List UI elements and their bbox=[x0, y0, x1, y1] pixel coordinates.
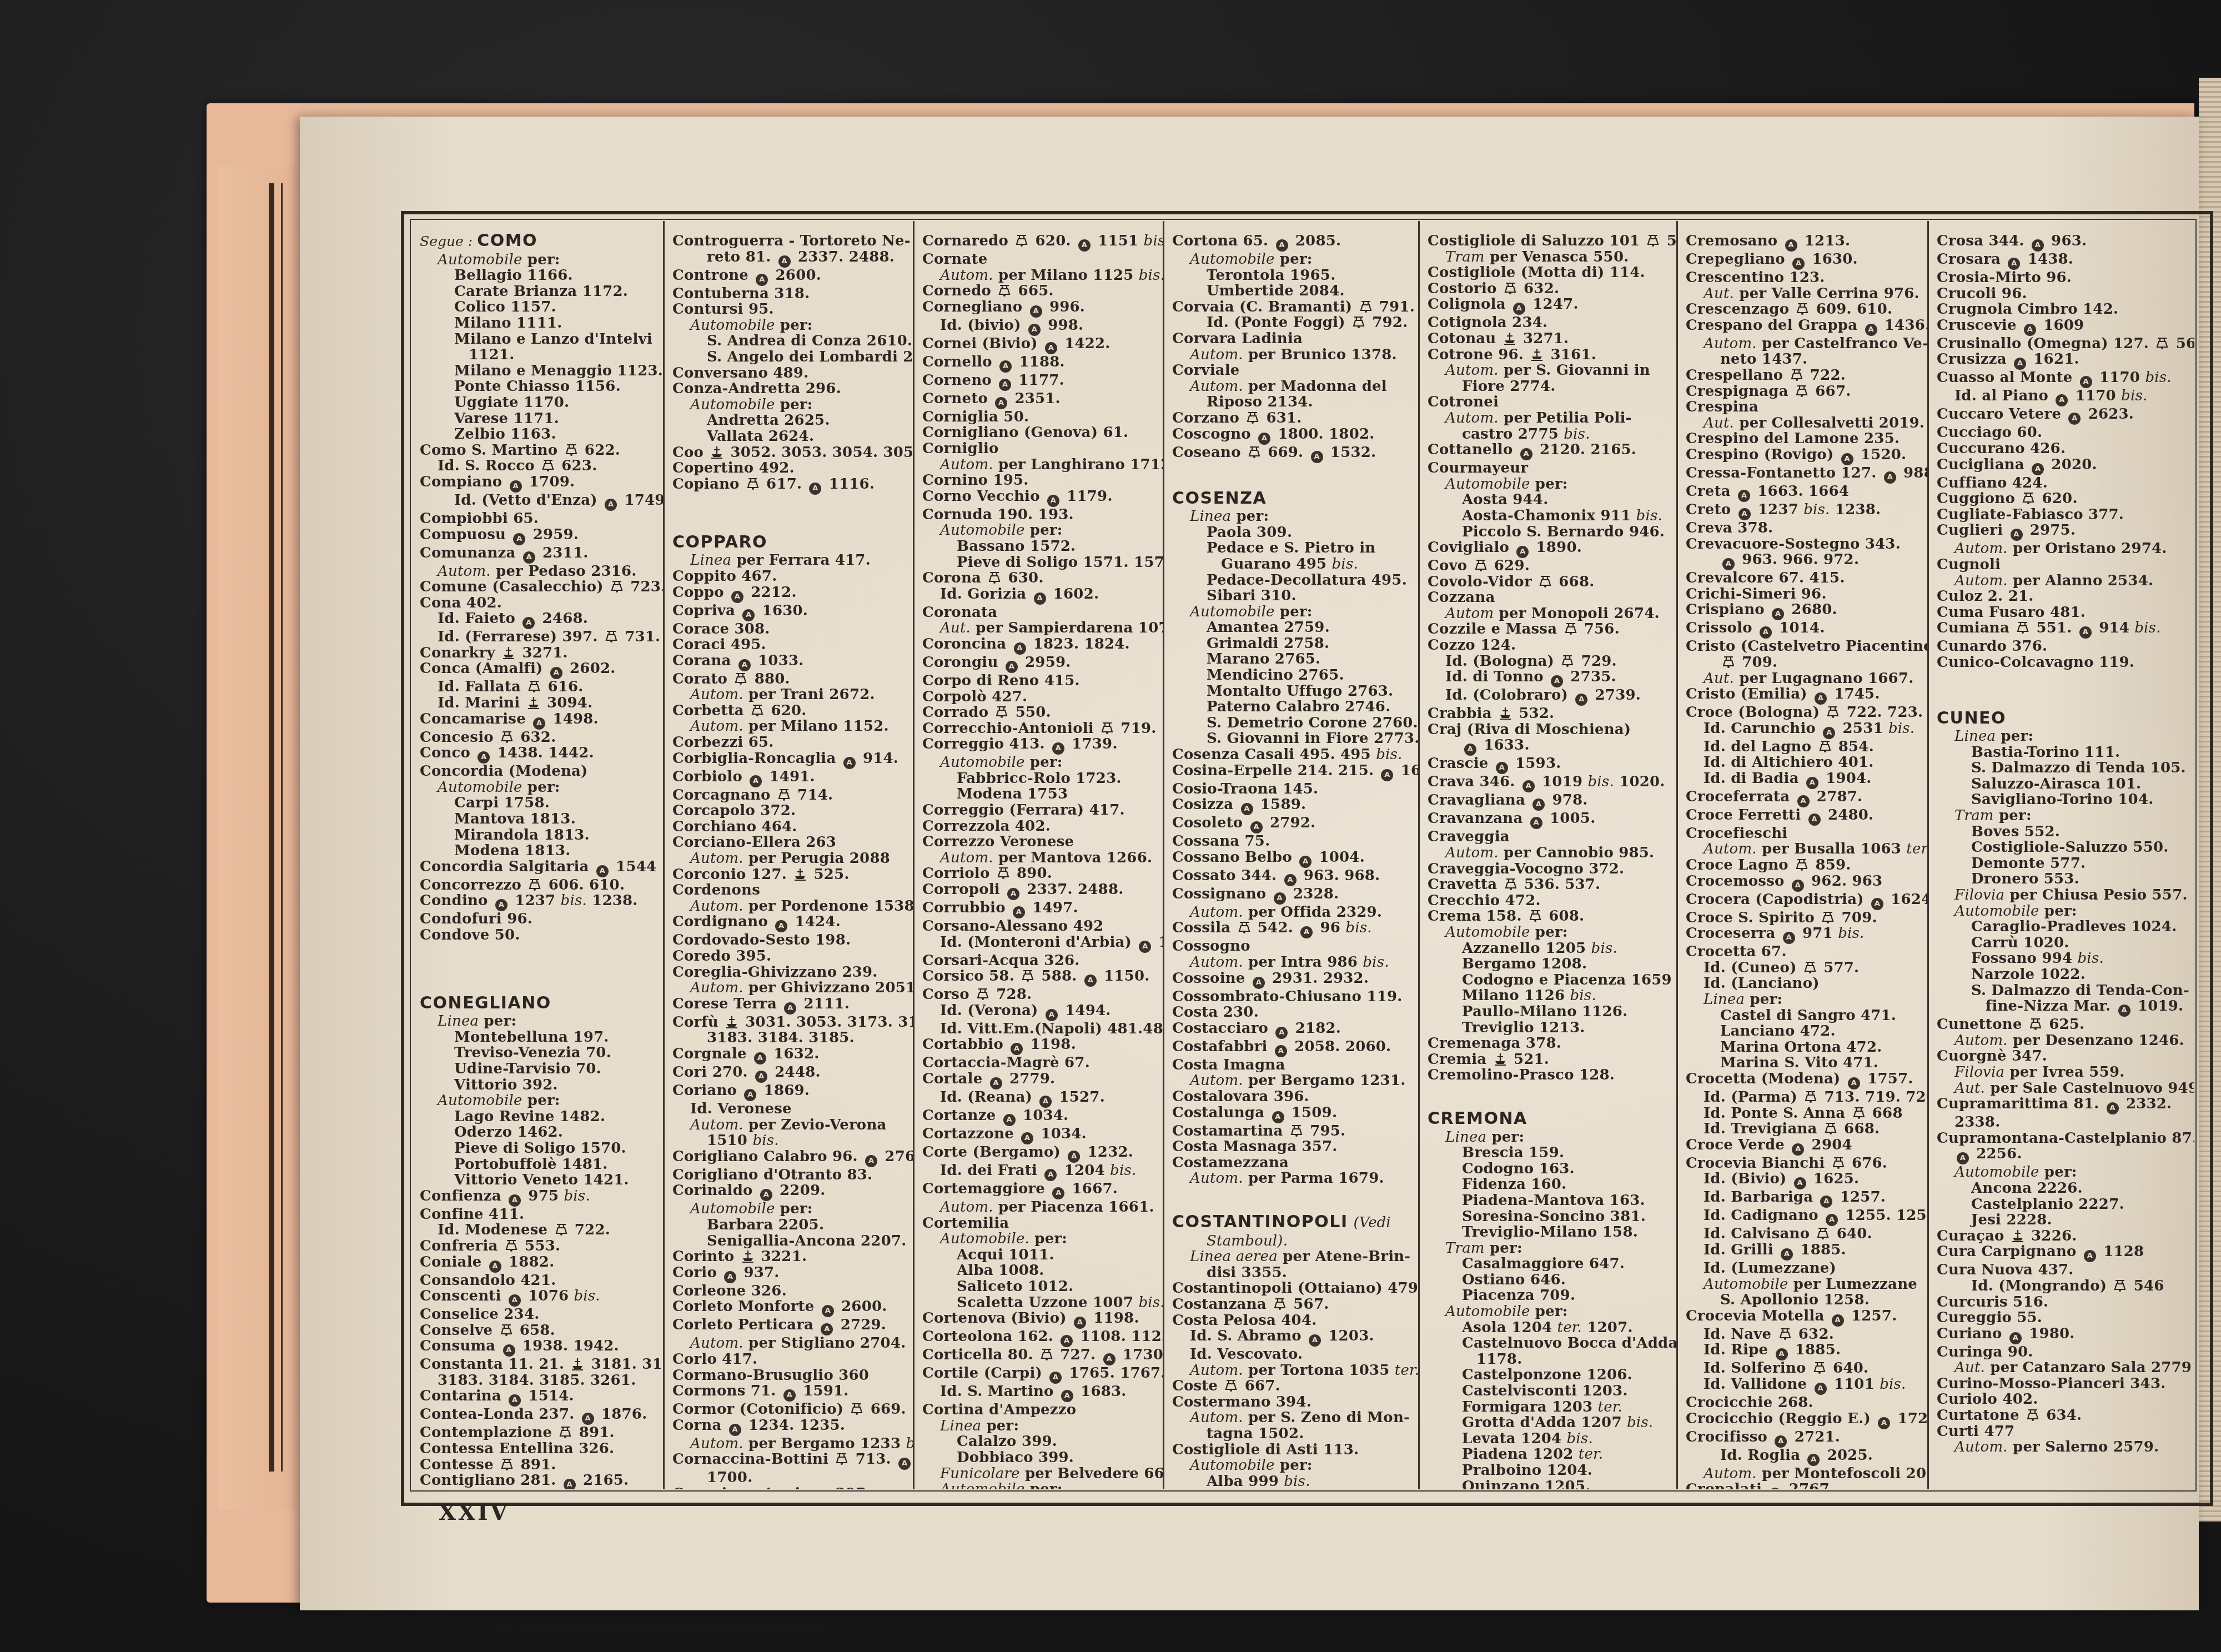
tramway-icon bbox=[1796, 384, 1808, 398]
index-entry: Curino-Mosso-Pianceri 343. bbox=[1937, 1376, 2189, 1392]
index-subentry: Autom per Monopoli 2674. bbox=[1428, 606, 1671, 622]
spacer bbox=[1172, 463, 1413, 475]
index-subentry: Automobile per: bbox=[1937, 1164, 2189, 1181]
index-entry: Consuma A 1938. 1942. bbox=[420, 1338, 657, 1357]
index-subentry: Pralboino 1204. bbox=[1428, 1463, 1671, 1479]
index-entry: Crocetta (Modena) A 1757. bbox=[1686, 1071, 1922, 1089]
index-entry: Cortenova (Bivio) A 1198. bbox=[922, 1310, 1157, 1329]
automobile-service-icon: A bbox=[1103, 1353, 1115, 1365]
index-subentry: Senigallia-Ancona 2207. bbox=[672, 1233, 907, 1249]
index-subentry: Id. (Vetto d'Enza) A 1749 bbox=[420, 493, 657, 511]
index-entry: Corrado 550. bbox=[922, 705, 1157, 721]
italic-qualifier: Tram bbox=[1445, 1240, 1485, 1257]
automobile-service-icon: A bbox=[843, 757, 856, 769]
index-entry: Corropoli A 2337. 2488. bbox=[922, 882, 1157, 900]
index-subentry: Id. al Piano A 1170 bis. bbox=[1937, 388, 2189, 406]
automobile-service-icon: A bbox=[1807, 1454, 1820, 1466]
index-subentry: Vittorio Veneto 1421. bbox=[420, 1172, 657, 1188]
automobile-service-icon: A bbox=[1272, 1111, 1284, 1123]
index-entry: Cornedo 665. bbox=[922, 283, 1157, 299]
index-subentry: Narzole 1022. bbox=[1937, 967, 2189, 983]
index-columns: Segue :COMOAutomobile per:Bellagio 1166.… bbox=[412, 221, 2194, 1489]
index-entry: Correggio 413. A 1739. bbox=[922, 736, 1157, 755]
index-subentry: Linea aerea per Atene-Brin- bbox=[1172, 1249, 1413, 1265]
index-subentry: Id. (Verona) A 1494. bbox=[922, 1003, 1157, 1021]
automobile-service-icon: A bbox=[495, 899, 507, 911]
automobile-service-icon: A bbox=[1045, 342, 1057, 354]
index-entry: Coroncina A 1823. 1824. bbox=[922, 636, 1157, 655]
tramway-icon bbox=[1853, 1106, 1865, 1119]
index-subentry: Id. Ponte S. Anna 668 bbox=[1686, 1106, 1922, 1122]
index-entry: Courmayeur bbox=[1428, 460, 1671, 476]
index-entry: Costermano 394. bbox=[1172, 1394, 1413, 1410]
automobile-service-icon: A bbox=[821, 1323, 833, 1335]
index-entry: Corace 308. bbox=[672, 621, 907, 637]
index-subentry: Tram per: bbox=[1428, 1241, 1671, 1257]
index-subentry: Castelnuovo Bocca d'Adda bbox=[1428, 1335, 1671, 1352]
italic-qualifier: Automobile bbox=[690, 396, 775, 413]
index-entry: Cremolino-Prasco 128. bbox=[1428, 1067, 1671, 1083]
index-entry: Cuglieri A 2975. bbox=[1937, 523, 2189, 541]
index-entry: Costigliole di Saluzzo 101 550 bbox=[1428, 233, 1671, 249]
index-subentry: Aut. per Sale Castelnuovo 949. bbox=[1937, 1081, 2189, 1097]
city-heading: Segue :COMO bbox=[420, 233, 657, 250]
index-subentry: Paterno Calabro 2746. bbox=[1172, 699, 1413, 715]
automobile-service-icon: A bbox=[1516, 546, 1529, 558]
italic-qualifier: Autom. bbox=[1704, 335, 1757, 352]
italic-qualifier: Autom bbox=[1445, 605, 1494, 622]
automobile-service-icon: A bbox=[533, 717, 545, 730]
index-subentry: Id. Fallata 616. bbox=[420, 679, 657, 695]
index-subentry: Autom. per Intra 986 bis. bbox=[1172, 955, 1413, 971]
city-name: COMO bbox=[477, 231, 537, 250]
index-entry: Cosio-Traona 145. bbox=[1172, 781, 1413, 797]
index-subentry: Automobile per Lumezzane bbox=[1686, 1277, 1922, 1293]
index-subentry: Id. Trevigiana 668. bbox=[1686, 1121, 1922, 1137]
index-entry: Cornaiano-Appiano 397. bbox=[672, 1486, 907, 1489]
automobile-service-icon: A bbox=[2009, 1332, 2022, 1344]
index-subentry: Autom. per Parma 1679. bbox=[1172, 1171, 1413, 1187]
tramway-icon bbox=[1290, 1124, 1303, 1137]
automobile-service-icon: A bbox=[729, 1424, 741, 1436]
italic-qualifier: Automobile bbox=[940, 754, 1025, 771]
index-subentry: Automobile per: bbox=[922, 1482, 1157, 1489]
automobile-service-icon: A bbox=[999, 379, 1011, 391]
index-subentry: Castelvisconti 1203. bbox=[1428, 1383, 1671, 1399]
index-subentry: Automobile per: bbox=[922, 755, 1157, 771]
index-subentry: Treviso-Venezia 70. bbox=[420, 1045, 657, 1061]
italic-qualifier: Autom. bbox=[1704, 1465, 1757, 1482]
spacer bbox=[420, 968, 657, 980]
index-entry: Crocefieschi bbox=[1686, 826, 1922, 842]
index-subentry: Autom. per S. Zeno di Mon- bbox=[1172, 1410, 1413, 1426]
italic-qualifier: ter. bbox=[1598, 1399, 1622, 1415]
italic-qualifier: bis. bbox=[1332, 556, 1358, 573]
index-entry: Conscenti A 1076 bis. bbox=[420, 1288, 657, 1307]
index-entry: Crescentino 123. bbox=[1686, 270, 1922, 286]
italic-qualifier: ter. bbox=[1579, 1446, 1603, 1463]
tramway-icon bbox=[1238, 921, 1250, 934]
index-entry: Cunico-Colcavagno 119. bbox=[1937, 655, 2189, 671]
index-entry: Cornate bbox=[922, 252, 1157, 268]
index-subentry: Udine-Tarvisio 70. bbox=[420, 1061, 657, 1077]
tramway-icon bbox=[977, 987, 989, 1001]
index-entry: Contigliano 281. A 2165. bbox=[420, 1473, 657, 1489]
index-subentry: Id. Ripe A 1885. bbox=[1686, 1342, 1922, 1360]
index-subentry: Id. (Reana) A 1527. bbox=[922, 1089, 1157, 1108]
index-subentry: 3183. 3184. 3185. bbox=[672, 1030, 907, 1046]
index-entry: Costafabbri A 2058. 2060. bbox=[1172, 1039, 1413, 1057]
tramway-icon bbox=[836, 1452, 848, 1465]
automobile-service-icon: A bbox=[596, 865, 609, 877]
index-subentry: S. Angelo dei Lombardi 2611. bbox=[672, 349, 907, 365]
automobile-service-icon: A bbox=[1311, 451, 1323, 463]
index-subentry: Bastia-Torino 111. bbox=[1937, 745, 2189, 761]
italic-qualifier: Automobile bbox=[1954, 1164, 2039, 1181]
index-entry: Covolo-Vidor 668. bbox=[1428, 574, 1671, 590]
index-entry: Crocicchio (Reggio E.) A 1725. bbox=[1686, 1411, 1922, 1429]
index-entry: Crepegliano A 1630. bbox=[1686, 252, 1922, 270]
index-subentry: A 2256. bbox=[1937, 1146, 2189, 1164]
tramway-icon bbox=[542, 459, 554, 472]
index-subentry: 1178. bbox=[1428, 1352, 1671, 1368]
index-entry: Concordia (Modena) bbox=[420, 764, 657, 780]
index-subentry: Calalzo 399. bbox=[922, 1434, 1157, 1450]
index-entry: Creto A 1237 bis. 1238. bbox=[1686, 502, 1922, 520]
index-subentry: Mirandola 1813. bbox=[420, 827, 657, 843]
tramway-icon bbox=[1791, 368, 1803, 381]
tramway-icon bbox=[501, 730, 513, 744]
tramway-icon bbox=[2022, 491, 2034, 505]
index-subentry: S. Dalmazzo di Tenda-Con- bbox=[1937, 983, 2189, 999]
index-entry: Corcapolo 372. bbox=[672, 803, 907, 819]
index-entry: Croce Lagno 859. bbox=[1686, 857, 1922, 873]
automobile-service-icon: A bbox=[1003, 1114, 1016, 1126]
automobile-service-icon: A bbox=[509, 1394, 521, 1407]
tramway-icon bbox=[565, 443, 577, 456]
italic-qualifier: Autom. bbox=[1190, 1170, 1243, 1187]
tramway-icon bbox=[555, 1223, 567, 1236]
city-heading: CREMONA bbox=[1428, 1111, 1671, 1127]
automobile-service-icon: A bbox=[1014, 642, 1026, 655]
index-subentry: Alba 999 bis. bbox=[1172, 1474, 1413, 1489]
index-column-2: Controguerra - Tortoreto Ne-reto 81. A 2… bbox=[665, 221, 914, 1489]
index-entry: Cura Carpignano A 1128 bbox=[1937, 1244, 2189, 1262]
automobile-service-icon: A bbox=[756, 274, 768, 286]
index-entry: Conco A 1438. 1442. bbox=[420, 745, 657, 764]
index-entry: Cupramontana-Castelplanio 87. bbox=[1937, 1131, 2189, 1147]
index-entry: Cornaredo 620. A 1151 bis. bbox=[922, 233, 1157, 252]
index-entry: Colignola A 1247. bbox=[1428, 297, 1671, 315]
tramway-icon bbox=[1813, 1361, 1826, 1374]
index-subentry: Id. (Parma) 713. 719. 720 bbox=[1686, 1089, 1922, 1106]
spacer bbox=[1172, 1187, 1413, 1199]
index-subentry: Umbertide 2084. bbox=[1172, 283, 1413, 299]
index-subentry: Automobile per: bbox=[672, 318, 907, 334]
index-entry: Cornei (Bivio) A 1422. bbox=[922, 336, 1157, 354]
index-subentry: Soresina-Soncino 381. bbox=[1428, 1209, 1671, 1225]
index-entry: Cosina-Erpelle 214. 215. A 1621. bbox=[1172, 763, 1413, 781]
italic-qualifier: bis. bbox=[1567, 1430, 1593, 1447]
tramway-icon bbox=[1475, 559, 1487, 572]
index-subentry: Autom. per Pordenone 1538. bbox=[672, 898, 907, 915]
index-entry: Corniglia 50. bbox=[922, 409, 1157, 425]
index-subentry: Autom. per Milano 1125 bis. bbox=[922, 268, 1157, 284]
index-entry: Corriolo 890. bbox=[922, 866, 1157, 882]
index-entry: Croceserra A 971 bis. bbox=[1686, 926, 1922, 944]
index-entry: Cosoleto A 2792. bbox=[1172, 815, 1413, 833]
index-entry: Crema 158. 608. bbox=[1428, 908, 1671, 925]
index-subentry: Castelponzone 1206. bbox=[1428, 1367, 1671, 1383]
index-entry: Costigliole (Motta di) 114. bbox=[1428, 265, 1671, 281]
ship-icon bbox=[726, 1015, 738, 1028]
index-subentry: Demonte 577. bbox=[1937, 856, 2189, 872]
index-entry: Coronata bbox=[922, 605, 1157, 621]
index-subentry: Alba 1008. bbox=[922, 1263, 1157, 1279]
index-subentry: Acqui 1011. bbox=[922, 1247, 1157, 1263]
index-entry: Cupramarittima 81. A 2332. bbox=[1937, 1096, 2189, 1114]
index-entry: Curtatone 634. bbox=[1937, 1408, 2189, 1424]
italic-qualifier: Autom. bbox=[940, 456, 993, 473]
italic-qualifier: Automobile bbox=[1954, 903, 2039, 920]
index-entry: Confine 411. bbox=[420, 1207, 657, 1223]
index-subentry: Jesi 2228. bbox=[1937, 1212, 2189, 1228]
automobile-service-icon: A bbox=[1049, 1372, 1062, 1384]
italic-qualifier: bis. bbox=[1570, 987, 1596, 1004]
index-subentry: Fossano 994 bis. bbox=[1937, 951, 2189, 967]
automobile-service-icon: A bbox=[1309, 1334, 1321, 1347]
tramway-icon bbox=[1529, 909, 1541, 922]
index-entry: Costorio 632. bbox=[1428, 281, 1671, 297]
index-entry: Corleone 326. bbox=[672, 1283, 907, 1299]
index-subentry: Id. Roglia A 2025. bbox=[1686, 1448, 1922, 1466]
spacer bbox=[1428, 1083, 1671, 1096]
index-subentry: Dobbiaco 399. bbox=[922, 1450, 1157, 1466]
index-entry: Comune (Casalecchio) 723. bbox=[420, 579, 657, 595]
index-entry: Contea-Londa 237. A 1876. bbox=[420, 1407, 657, 1425]
automobile-service-icon: A bbox=[1274, 892, 1286, 905]
italic-qualifier: Linea bbox=[940, 1418, 981, 1434]
index-entry: Croce S. Spirito 709. bbox=[1686, 910, 1922, 926]
index-entry: Conselice 234. bbox=[420, 1307, 657, 1323]
italic-qualifier: bis. bbox=[1627, 1414, 1653, 1431]
tramway-icon bbox=[1247, 411, 1259, 424]
automobile-service-icon: A bbox=[1052, 1187, 1064, 1199]
index-entry: Cordovado-Sesto 198. bbox=[672, 932, 907, 948]
index-subentry: Automobile per: bbox=[672, 397, 907, 413]
italic-qualifier: bis. bbox=[564, 1188, 590, 1204]
index-subentry: Colico 1157. bbox=[420, 299, 657, 315]
index-entry: Cucciago 60. bbox=[1937, 425, 2189, 441]
automobile-service-icon: A bbox=[2032, 463, 2044, 475]
automobile-service-icon: A bbox=[744, 1089, 756, 1101]
automobile-service-icon: A bbox=[1275, 1045, 1287, 1057]
index-entry: Corbetta 620. bbox=[672, 703, 907, 719]
automobile-service-icon: A bbox=[1275, 1027, 1288, 1039]
index-entry: Curiolo 402. bbox=[1937, 1392, 2189, 1408]
italic-qualifier: Autom. bbox=[1954, 573, 2008, 589]
index-subentry: Id. di Badia A 1904. bbox=[1686, 771, 1922, 789]
index-subentry: Id. (Bivio) A 1625. bbox=[1686, 1171, 1922, 1189]
italic-qualifier: Autom. bbox=[940, 267, 993, 284]
automobile-service-icon: A bbox=[605, 499, 617, 511]
italic-qualifier: Autom. bbox=[690, 898, 743, 915]
index-entry: Corinaldo A 2209. bbox=[672, 1183, 907, 1201]
index-subentry: Montalto Uffugo 2763. bbox=[1172, 684, 1413, 700]
index-entry: Cordignano A 1424. bbox=[672, 914, 907, 932]
index-subentry: Aut. per Lugagnano 1667. bbox=[1686, 671, 1922, 687]
tramway-icon bbox=[997, 866, 1009, 880]
index-subentry: disi 3355. bbox=[1172, 1265, 1413, 1281]
index-entry: Curinga 90. bbox=[1937, 1344, 2189, 1360]
index-entry: Corinto 3221. bbox=[672, 1249, 907, 1265]
index-subentry: Fidenza 160. bbox=[1428, 1177, 1671, 1193]
index-entry: Craj (Riva di Moschiena) bbox=[1428, 722, 1671, 738]
index-subentry: Automobile per: bbox=[420, 1093, 657, 1109]
city-heading: CUNEO bbox=[1937, 711, 2189, 727]
index-subentry: Treviglio-Milano 158. bbox=[1428, 1224, 1671, 1241]
index-subentry: Id. Faieto A 2468. bbox=[420, 611, 657, 629]
index-entry: Cosenza Casali 495. 495 bis. bbox=[1172, 747, 1413, 763]
automobile-service-icon: A bbox=[1039, 1096, 1052, 1108]
italic-qualifier: bis. bbox=[2134, 620, 2160, 636]
automobile-service-icon: A bbox=[522, 617, 535, 629]
index-subentry: S. Dalmazzo di Tenda 105. bbox=[1937, 760, 2189, 776]
index-subentry: Filovia per Chiusa Pesio 557. bbox=[1937, 887, 2189, 903]
index-entry: Copriva A 1630. bbox=[672, 603, 907, 621]
index-entry: Covo 629. bbox=[1428, 558, 1671, 574]
index-subentry: Id. (Lumezzane) bbox=[1686, 1261, 1922, 1277]
tramway-icon bbox=[1539, 575, 1551, 588]
index-subentry: Piccolo S. Bernardo 946. bbox=[1428, 524, 1671, 540]
tramway-icon bbox=[1274, 1297, 1286, 1310]
index-entry: Cremenaga 378. bbox=[1428, 1036, 1671, 1052]
underlying-page-edge bbox=[218, 167, 301, 1510]
ship-icon bbox=[1499, 706, 1511, 720]
index-subentry: Marina S. Vito 471. bbox=[1686, 1055, 1922, 1071]
automobile-service-icon: A bbox=[564, 1479, 576, 1489]
index-subentry: 3183. 3184. 3185. 3261. bbox=[420, 1373, 657, 1389]
index-subentry: Lanciano 472. bbox=[1686, 1023, 1922, 1040]
tramway-icon bbox=[2156, 337, 2168, 350]
index-entry: Culoz 2. 21. bbox=[1937, 589, 2189, 605]
index-entry: Cravetta 536. 537. bbox=[1428, 877, 1671, 893]
automobile-service-icon: A bbox=[1738, 490, 1750, 502]
index-entry: Coreglia-Ghivizzano 239. bbox=[672, 965, 907, 981]
index-entry: Croce (Bologna) 722. 723. bbox=[1686, 705, 1922, 721]
automobile-service-icon: A bbox=[1769, 1488, 1781, 1489]
index-subentry: Linea per: bbox=[922, 1418, 1157, 1434]
index-subentry: Id. (Bologna) 729. bbox=[1428, 654, 1671, 670]
index-entry: Costa Masnaga 357. bbox=[1172, 1139, 1413, 1155]
index-subentry: 1121. bbox=[420, 347, 657, 363]
automobile-service-icon: A bbox=[1258, 433, 1270, 445]
index-entry: Correggio (Ferrara) 417. bbox=[922, 802, 1157, 819]
index-entry: Cuma Fusaro 481. bbox=[1937, 605, 2189, 621]
index-subentry: Automobile per: bbox=[672, 1201, 907, 1217]
automobile-service-icon: A bbox=[750, 775, 762, 787]
index-entry: Condofuri 96. bbox=[420, 911, 657, 927]
tramway-icon bbox=[1022, 969, 1034, 982]
automobile-service-icon: A bbox=[724, 1271, 736, 1283]
italic-qualifier: Automobile bbox=[438, 779, 522, 796]
index-entry: Costalunga A 1509. bbox=[1172, 1105, 1413, 1123]
index-subentry: Linea per: bbox=[1686, 992, 1922, 1008]
index-subentry: Vittorio 392. bbox=[420, 1077, 657, 1093]
automobile-service-icon: A bbox=[2079, 626, 2092, 639]
italic-qualifier: Autom. bbox=[1954, 1439, 2008, 1455]
index-subentry: Automobile. per: bbox=[922, 1231, 1157, 1247]
index-entry: Crichi-Simeri 96. bbox=[1686, 586, 1922, 602]
automobile-service-icon: A bbox=[1011, 1043, 1023, 1055]
italic-qualifier: Linea bbox=[1704, 991, 1745, 1008]
index-entry: Cura Nuova 437. bbox=[1937, 1262, 2189, 1278]
italic-qualifier: Tram bbox=[1954, 807, 1994, 824]
index-entry: Corvaia (C. Bramanti) 791. bbox=[1172, 299, 1413, 315]
index-subentry: Id. Vescovato. bbox=[1172, 1347, 1413, 1363]
index-subentry: Portobuffolè 1481. bbox=[420, 1157, 657, 1173]
automobile-service-icon: A bbox=[509, 1194, 521, 1207]
index-entry: Compiobbi 65. bbox=[420, 511, 657, 527]
index-subentry: Autom. per Trani 2672. bbox=[672, 687, 907, 703]
automobile-service-icon: A bbox=[1496, 762, 1508, 774]
italic-qualifier: Automobile bbox=[1190, 251, 1275, 268]
index-subentry: Id. dei Frati A 1204 bis. bbox=[922, 1163, 1157, 1181]
italic-qualifier: Filovia bbox=[1954, 1064, 2004, 1081]
automobile-service-icon: A bbox=[1551, 675, 1563, 687]
index-entry: Cona 402. bbox=[420, 595, 657, 611]
index-subentry: Funicolare per Belvedere 664 bbox=[922, 1466, 1157, 1482]
index-subentry: Linea per: bbox=[1937, 729, 2189, 745]
automobile-service-icon: A bbox=[1823, 727, 1835, 739]
tramway-icon bbox=[1248, 445, 1260, 459]
index-entry: Contuberna 318. bbox=[672, 286, 907, 302]
index-entry: Cortaccia-Magrè 67. bbox=[922, 1055, 1157, 1071]
italic-qualifier: Autom. bbox=[690, 1335, 743, 1352]
automobile-service-icon: A bbox=[1530, 817, 1542, 829]
index-subentry: Autom. per Montefoscoli 2026. bbox=[1686, 1466, 1922, 1482]
index-subentry: Id. (Lanciano) bbox=[1686, 976, 1922, 992]
city-name: COSTANTINOPOLI bbox=[1172, 1212, 1348, 1232]
index-entry: Confreria 553. bbox=[420, 1238, 657, 1254]
index-subentry: Varese 1171. bbox=[420, 411, 657, 427]
index-subentry: Ostiano 646. bbox=[1428, 1272, 1671, 1288]
automobile-service-icon: A bbox=[1007, 888, 1019, 900]
index-entry: Curti 477 bbox=[1937, 1424, 2189, 1440]
index-entry: Coscogno A 1800. 1802. bbox=[1172, 426, 1413, 445]
automobile-service-icon: A bbox=[1034, 592, 1046, 605]
index-entry: Corpo di Reno 415. bbox=[922, 673, 1157, 689]
automobile-service-icon: A bbox=[865, 1155, 877, 1167]
automobile-service-icon: A bbox=[1797, 795, 1810, 807]
index-column-7: Crosa 344. A 963.Crosara A 1438.Crosia-M… bbox=[1929, 221, 2194, 1489]
tramway-icon bbox=[1822, 911, 1834, 924]
index-subentry: Id. Carunchio A 2531 bis. bbox=[1686, 721, 1922, 739]
italic-qualifier: ter. bbox=[1906, 841, 1929, 857]
spacer bbox=[1937, 683, 2189, 695]
index-subentry: Autom. per S. Giovanni in bbox=[1428, 363, 1671, 379]
automobile-service-icon: A bbox=[784, 1002, 796, 1015]
automobile-service-icon: A bbox=[1074, 1317, 1086, 1329]
index-entry: Cossato 344. A 963. 968. bbox=[1172, 868, 1413, 886]
automobile-service-icon: A bbox=[1084, 975, 1097, 987]
automobile-service-icon: A bbox=[1783, 932, 1795, 944]
tramway-icon bbox=[1817, 1227, 1829, 1240]
automobile-service-icon: A bbox=[1253, 977, 1265, 989]
index-entry: Crespignaga 667. bbox=[1686, 384, 1922, 400]
italic-qualifier: Autom. bbox=[1445, 845, 1499, 861]
index-entry: Cortabbio A 1198. bbox=[922, 1037, 1157, 1055]
